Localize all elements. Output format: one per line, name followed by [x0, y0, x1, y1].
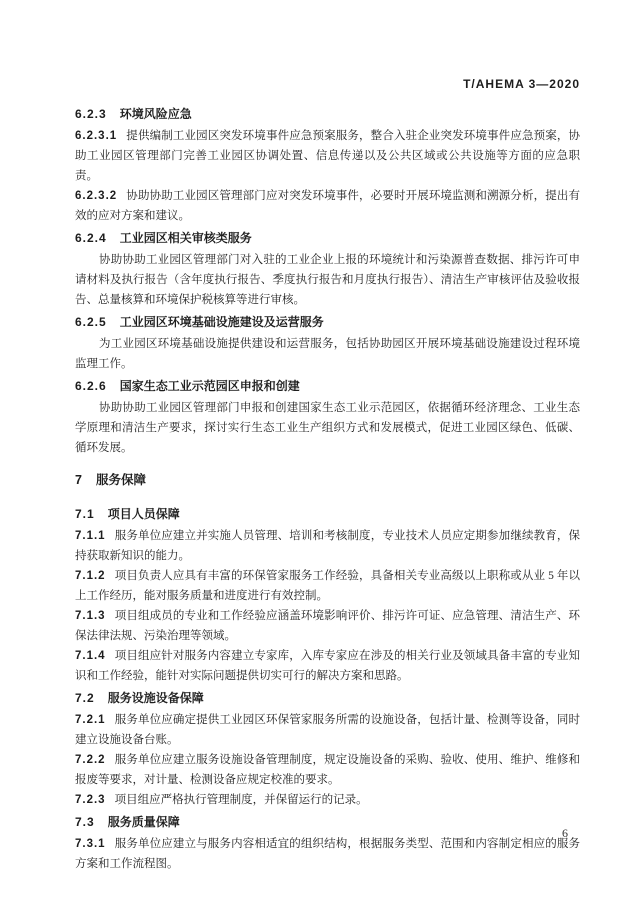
section-number: 6.2.4	[75, 231, 107, 245]
section-number: 7.3	[75, 815, 95, 829]
chapter-heading-7: 7服务保障	[75, 470, 580, 490]
paragraph-6-2-4: 协助协助工业园区管理部门对入驻的工业企业上报的环境统计和污染源普查数据、排污许可…	[75, 250, 580, 310]
section-number: 6.2.3	[75, 107, 107, 121]
clause-number: 7.2.3	[75, 794, 106, 806]
section-number: 6.2.6	[75, 379, 107, 393]
standard-reference-header: T/AHEMA 3—2020	[75, 77, 580, 91]
clause-6-2-3-1: 6.2.3.1提供编制工业园区突发环境事件应急预案服务，整合入驻企业突发环境事件…	[75, 126, 580, 186]
clause-number: 7.2.2	[75, 754, 106, 766]
paragraph-6-2-5: 为工业园区环境基础设施提供建设和运营服务，包括协助园区开展环境基础设施建设过程环…	[75, 334, 580, 374]
clause-text: 项目组应针对服务内容建立专家库，入库专家应在涉及的相关行业及领域具备丰富的专业知…	[75, 650, 580, 682]
clause-number: 7.1.1	[75, 530, 106, 542]
section-number: 7.2	[75, 691, 95, 705]
clause-6-2-3-2: 6.2.3.2协助协助工业园区管理部门应对突发环境事件，必要时开展环境监测和溯源…	[75, 186, 580, 226]
clause-text: 协助协助工业园区管理部门应对突发环境事件，必要时开展环境监测和溯源分析，提出有效…	[75, 190, 580, 222]
clause-number: 7.3.1	[75, 838, 106, 850]
clause-text: 项目负责人应具有丰富的环保管家服务工作经验，具备相关专业高级以上职称或从业 5 …	[75, 570, 580, 602]
section-title: 项目人员保障	[108, 507, 180, 521]
clause-number: 7.2.1	[75, 714, 106, 726]
clause-number: 7.1.3	[75, 610, 106, 622]
clause-7-1-4: 7.1.4项目组应针对服务内容建立专家库，入库专家应在涉及的相关行业及领域具备丰…	[75, 646, 580, 686]
chapter-number: 7	[75, 473, 83, 487]
clause-number: 7.1.4	[75, 650, 106, 662]
clause-7-1-2: 7.1.2项目负责人应具有丰富的环保管家服务工作经验，具备相关专业高级以上职称或…	[75, 566, 580, 606]
chapter-title: 服务保障	[96, 473, 146, 487]
section-heading-7-1: 7.1项目人员保障	[75, 504, 580, 524]
section-title: 环境风险应急	[120, 107, 192, 121]
section-heading-6-2-3: 6.2.3环境风险应急	[75, 104, 580, 124]
page-number: 6	[562, 826, 568, 841]
clause-text: 项目组应严格执行管理制度，并保留运行的记录。	[115, 794, 368, 806]
section-number: 7.1	[75, 507, 95, 521]
section-title: 服务质量保障	[108, 815, 180, 829]
section-title: 服务设施设备保障	[108, 691, 204, 705]
section-title: 工业园区环境基础设施建设及运营服务	[120, 315, 324, 329]
clause-text: 服务单位应确定提供工业园区环保管家服务所需的设施设备，包括计量、检测等设备，同时…	[75, 714, 580, 746]
section-heading-6-2-4: 6.2.4工业园区相关审核类服务	[75, 228, 580, 248]
clause-7-2-3: 7.2.3项目组应严格执行管理制度，并保留运行的记录。	[75, 790, 580, 810]
clause-text: 服务单位应建立服务设施设备管理制度，规定设施设备的采购、验收、使用、维护、维修和…	[75, 754, 580, 786]
clause-7-2-2: 7.2.2服务单位应建立服务设施设备管理制度，规定设施设备的采购、验收、使用、维…	[75, 750, 580, 790]
clause-text: 服务单位应建立并实施人员管理、培训和考核制度，专业技术人员应定期参加继续教育，保…	[75, 530, 580, 562]
clause-text: 服务单位应建立与服务内容相适宜的组织结构，根据服务类型、范围和内容制定相应的服务…	[75, 838, 580, 870]
paragraph-6-2-6: 协助协助工业园区管理部门申报和创建国家生态工业示范园区，依据循环经济理念、工业生…	[75, 398, 580, 458]
clause-7-3-1: 7.3.1服务单位应建立与服务内容相适宜的组织结构，根据服务类型、范围和内容制定…	[75, 834, 580, 874]
document-page: T/AHEMA 3—2020 6.2.3环境风险应急 6.2.3.1提供编制工业…	[0, 0, 640, 905]
section-heading-7-2: 7.2服务设施设备保障	[75, 688, 580, 708]
clause-7-2-1: 7.2.1服务单位应确定提供工业园区环保管家服务所需的设施设备，包括计量、检测等…	[75, 710, 580, 750]
section-title: 国家生态工业示范园区申报和创建	[120, 379, 300, 393]
clause-text: 提供编制工业园区突发环境事件应急预案服务，整合入驻企业突发环境事件应急预案，协助…	[75, 130, 580, 182]
section-heading-6-2-5: 6.2.5工业园区环境基础设施建设及运营服务	[75, 312, 580, 332]
clause-7-1-3: 7.1.3项目组成员的专业和工作经验应涵盖环境影响评价、排污许可证、应急管理、清…	[75, 606, 580, 646]
clause-number: 6.2.3.1	[75, 130, 117, 142]
clause-number: 6.2.3.2	[75, 190, 117, 202]
section-number: 6.2.5	[75, 315, 107, 329]
section-heading-6-2-6: 6.2.6国家生态工业示范园区申报和创建	[75, 376, 580, 396]
section-heading-7-3: 7.3服务质量保障	[75, 812, 580, 832]
clause-number: 7.1.2	[75, 570, 106, 582]
section-title: 工业园区相关审核类服务	[120, 231, 252, 245]
clause-7-1-1: 7.1.1服务单位应建立并实施人员管理、培训和考核制度，专业技术人员应定期参加继…	[75, 526, 580, 566]
clause-text: 项目组成员的专业和工作经验应涵盖环境影响评价、排污许可证、应急管理、清洁生产、环…	[75, 610, 580, 642]
